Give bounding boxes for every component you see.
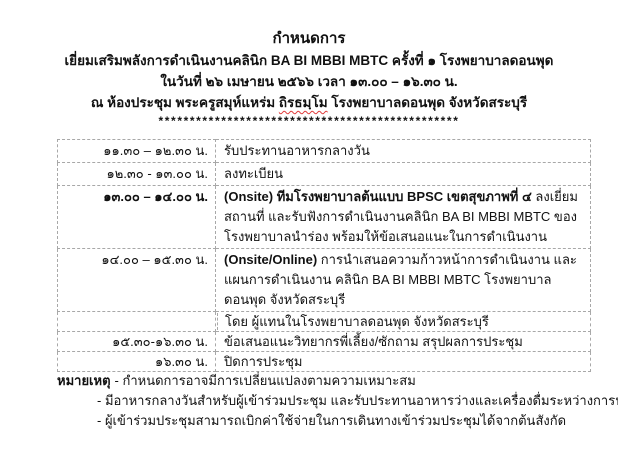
schedule-row: ๑๔.๐๐ – ๑๕.๓๐ น. (Onsite/Online) การนำเส… — [58, 249, 591, 312]
schedule-row: ๑๒.๓๐ - ๑๓.๐๐ น. ลงทะเบียน — [58, 163, 591, 186]
document-header: กำหนดการ เยี่ยมเสริมพลังการดำเนินงานคลิน… — [0, 28, 618, 128]
venue-text-prefix: ณ ห้องประชุม พระครูสมุห์แหร่ม — [91, 95, 279, 110]
activity-cell: ปิดการประชุม — [216, 352, 591, 372]
time-cell: ๑๓.๐๐ – ๑๔.๐๐ น. — [58, 186, 216, 249]
notes-section: หมายเหตุ- กำหนดการอาจมีการเปลี่ยนแปลงตาม… — [57, 371, 577, 431]
spellcheck-underlined-word: ถิรธมฺโม — [279, 95, 328, 110]
activity-cell: (Onsite) ทีมโรงพยาบาลต้นแบบ BPSC เขตสุขภ… — [216, 186, 591, 249]
header-subtitle-datetime: ในวันที่ ๒๖ เมษายน ๒๕๖๖ เวลา ๑๓.๐๐ – ๑๖.… — [0, 71, 618, 92]
schedule-row: ๑๕.๓๐-๑๖.๓๐ น. ข้อเสนอแนะวิทยากรพี่เลี้ย… — [58, 332, 591, 352]
presenter-indent-cell: โดย ผู้แทนในโรงพยาบาลดอนพุด จังหวัดสระบุ… — [217, 313, 584, 330]
schedule-table: ๑๑.๓๐ – ๑๒.๓๐ น. รับประทานอาหารกลางวัน ๑… — [57, 139, 591, 372]
venue-text-suffix: โรงพยาบาลดอนพุด จังหวัดสระบุรี — [328, 95, 528, 110]
schedule-row: ๑๖.๓๐ น. ปิดการประชุม — [58, 352, 591, 372]
onsite-online-label: (Onsite/Online) — [224, 252, 321, 267]
note-item: - มีอาหารกลางวันสำหรับผู้เข้าร่วมประชุม … — [57, 391, 577, 411]
header-subtitle-event: เยี่ยมเสริมพลังการดำเนินงานคลินิก BA BI … — [0, 50, 618, 71]
time-cell: ๑๑.๓๐ – ๑๒.๓๐ น. — [58, 140, 216, 163]
activity-cell: (Onsite/Online) การนำเสนอความก้าวหน้าการ… — [216, 249, 591, 312]
activity-cell: ลงทะเบียน — [216, 163, 591, 186]
agenda-document-page: กำหนดการ เยี่ยมเสริมพลังการดำเนินงานคลิน… — [0, 0, 618, 464]
time-cell: ๑๕.๓๐-๑๖.๓๐ น. — [58, 332, 216, 352]
activity-bold-segment: ทีมโรงพยาบาลต้นแบบ BPSC เขตสุขภาพที่ ๔ — [277, 189, 532, 204]
page-title: กำหนดการ — [0, 28, 618, 50]
note-item: - ผู้เข้าร่วมประชุมสามารถเบิกค่าใช้จ่ายใ… — [57, 411, 577, 431]
schedule-row: ๑๑.๓๐ – ๑๒.๓๐ น. รับประทานอาหารกลางวัน — [58, 140, 591, 163]
time-cell: ๑๔.๐๐ – ๑๕.๓๐ น. — [58, 249, 216, 312]
asterisk-divider: ****************************************… — [0, 114, 618, 128]
onsite-label: (Onsite) — [224, 189, 277, 204]
time-cell — [58, 312, 216, 332]
activity-cell: ข้อเสนอแนะวิทยากรพี่เลี้ยง/ซักถาม สรุปผล… — [216, 332, 591, 352]
time-cell: ๑๒.๓๐ - ๑๓.๐๐ น. — [58, 163, 216, 186]
activity-cell: รับประทานอาหารกลางวัน — [216, 140, 591, 163]
activity-cell: โดย ผู้แทนในโรงพยาบาลดอนพุด จังหวัดสระบุ… — [216, 312, 591, 332]
schedule-row: โดย ผู้แทนในโรงพยาบาลดอนพุด จังหวัดสระบุ… — [58, 312, 591, 332]
time-cell: ๑๖.๓๐ น. — [58, 352, 216, 372]
schedule-row: ๑๓.๐๐ – ๑๔.๐๐ น. (Onsite) ทีมโรงพยาบาลต้… — [58, 186, 591, 249]
note-line: หมายเหตุ- กำหนดการอาจมีการเปลี่ยนแปลงตาม… — [57, 371, 577, 391]
note-item: - กำหนดการอาจมีการเปลี่ยนแปลงตามความเหมา… — [115, 373, 416, 388]
header-subtitle-venue: ณ ห้องประชุม พระครูสมุห์แหร่ม ถิรธมฺโม โ… — [0, 92, 618, 113]
notes-label: หมายเหตุ — [57, 373, 111, 388]
